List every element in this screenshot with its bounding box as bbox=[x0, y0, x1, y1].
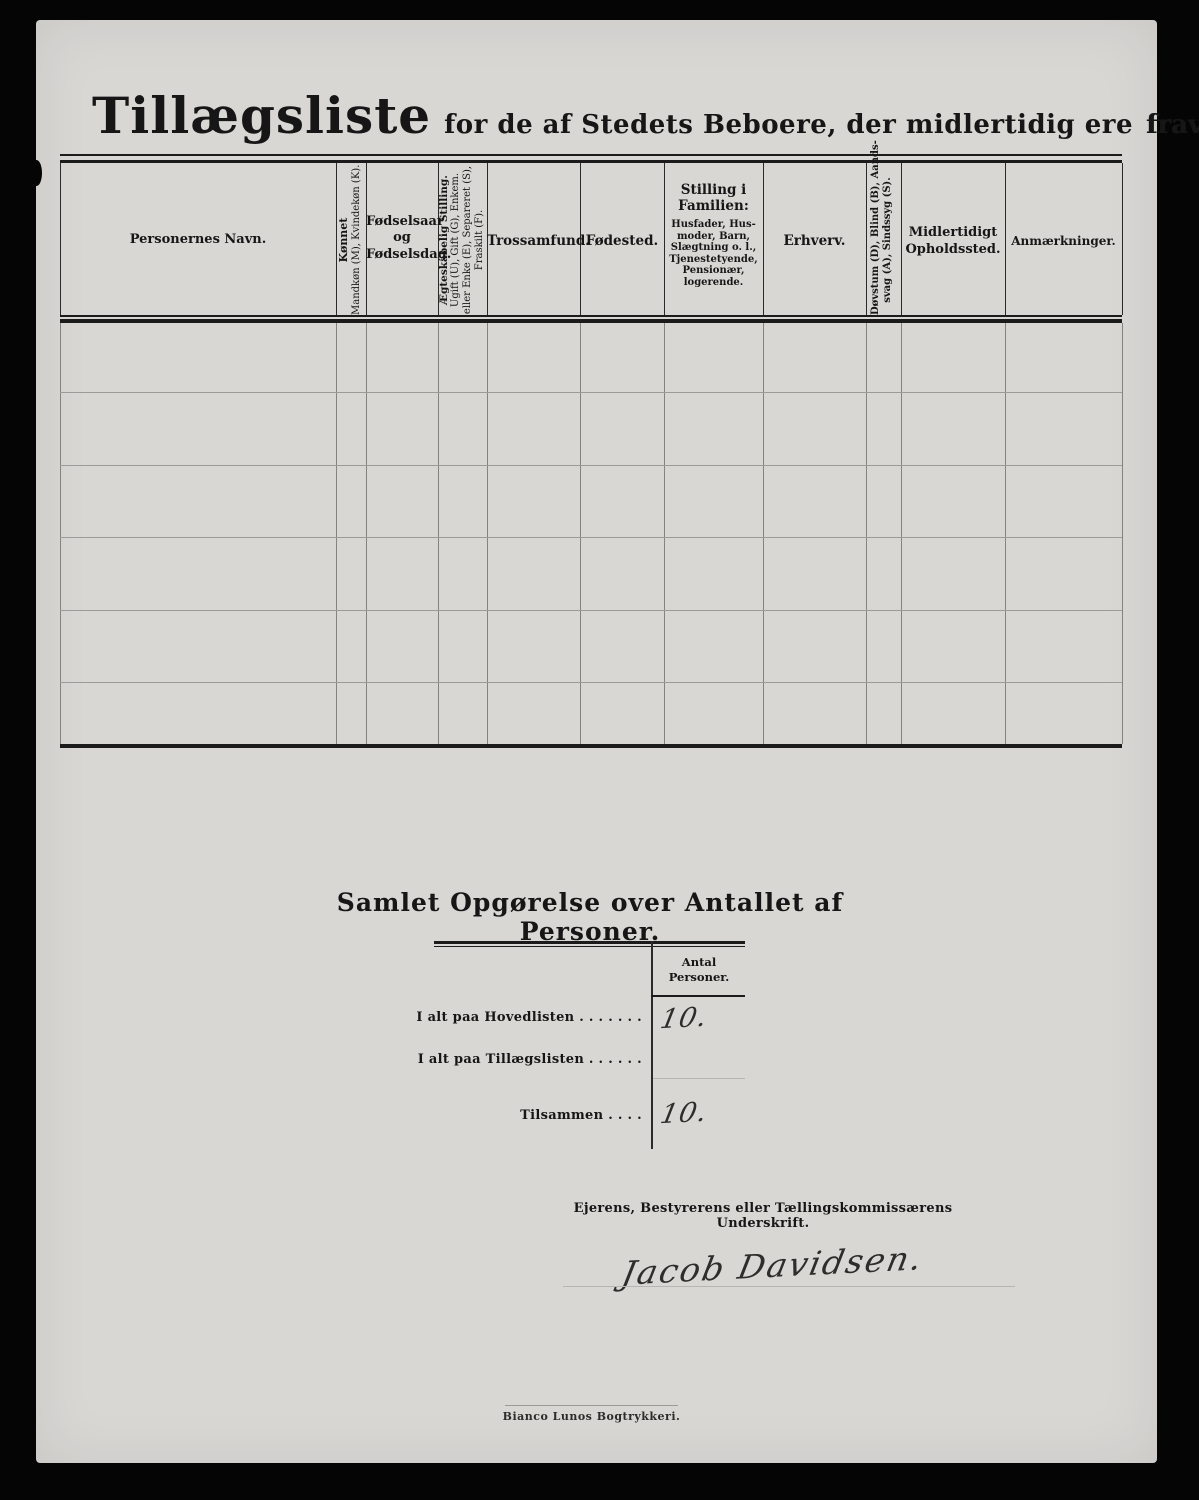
summary-top-rule-thick bbox=[434, 941, 745, 944]
summary-row-label-hovedlisten: I alt paa Hovedlisten . . . . . . . bbox=[304, 1010, 642, 1025]
table-top-rule-thick bbox=[60, 160, 1122, 163]
column-label: Døvstum (D), Blind (B), Aands- bbox=[870, 165, 882, 315]
scanned-census-form: { "title": { "main": "Tillægsliste", "su… bbox=[0, 0, 1199, 1500]
handwritten-signature: Jacob Davidsen. bbox=[618, 1238, 927, 1293]
column-label: Midlertidigt bbox=[901, 224, 1005, 241]
column-label: Slægtning o. l., bbox=[664, 242, 763, 254]
printer-rule bbox=[505, 1405, 678, 1406]
binder-notch bbox=[31, 160, 42, 186]
column-label: logerende. bbox=[664, 277, 763, 289]
column-label: Ugift (U), Gift (G), Enkem. bbox=[450, 165, 462, 315]
summary-row-label-tillaegslisten: I alt paa Tillægslisten . . . . . . bbox=[304, 1052, 642, 1067]
column-label: Ægteskabelig Stilling. bbox=[438, 165, 450, 315]
summary-blank-value-line bbox=[653, 1078, 745, 1079]
column-label: Kønnet bbox=[337, 165, 350, 315]
header-bottom-rule-thick bbox=[60, 319, 1122, 323]
header-cell-anmaerkninger: Anmærkninger. bbox=[1005, 234, 1122, 249]
column-label: og bbox=[366, 230, 438, 246]
printer-imprint: Bianco Lunos Bogtrykkeri. bbox=[495, 1410, 688, 1423]
column-divider bbox=[580, 323, 581, 744]
table-top-rule-thin bbox=[60, 154, 1122, 156]
page-title-main: Tillægsliste bbox=[92, 86, 431, 145]
page-title-subtitle: for de af Stedets Beboere, der midlertid… bbox=[444, 110, 1133, 140]
table-row-line bbox=[60, 537, 1122, 538]
page-title-subtitle-emphasis: fraværende. bbox=[1146, 110, 1199, 140]
handwritten-value-hovedlisten: 10. bbox=[658, 1002, 711, 1035]
header-cell-dovstum: Døvstum (D), Blind (B), Aands- svag (A),… bbox=[870, 165, 896, 315]
column-label: Trossamfund. bbox=[487, 233, 590, 249]
table-row-line bbox=[60, 610, 1122, 611]
column-label: Fraskilt (F). bbox=[474, 165, 486, 315]
column-divider bbox=[1005, 323, 1006, 744]
form-page: Tillægsliste for de af Stedets Beboere, … bbox=[36, 20, 1157, 1463]
summary-row-label-tilsammen: Tilsammen . . . . bbox=[304, 1108, 642, 1123]
column-divider bbox=[901, 323, 902, 744]
signature-line bbox=[563, 1286, 1015, 1287]
column-label: Opholdssted. bbox=[901, 241, 1005, 258]
header-cell-konnet: Kønnet Mandkøn (M), Kvindekøn (K). bbox=[337, 165, 365, 315]
column-divider bbox=[866, 163, 867, 315]
table-row-line bbox=[60, 465, 1122, 466]
table-row-line bbox=[60, 682, 1122, 683]
column-divider bbox=[1122, 163, 1123, 315]
summary-top-rule-thin bbox=[434, 946, 745, 947]
column-label: Tjenestetyende, bbox=[664, 254, 763, 266]
column-label: svag (A), Sindssyg (S). bbox=[882, 165, 894, 315]
table-row-line bbox=[60, 392, 1122, 393]
table-bottom-rule bbox=[60, 744, 1122, 748]
column-divider bbox=[438, 323, 439, 744]
column-label: Anmærkninger. bbox=[1011, 234, 1116, 248]
header-cell-aegteskabelig-stilling: Ægteskabelig Stilling. Ugift (U), Gift (… bbox=[438, 165, 486, 315]
summary-title: Samlet Opgørelse over Antallet af Person… bbox=[304, 888, 876, 946]
handwritten-value-tilsammen: 10. bbox=[658, 1097, 711, 1130]
column-label: Familien: bbox=[664, 198, 763, 214]
summary-col-header-line: Personer. bbox=[653, 970, 745, 985]
signature-label: Ejerens, Bestyrerens eller Tællingskommi… bbox=[543, 1201, 983, 1231]
column-divider bbox=[487, 323, 488, 744]
column-divider bbox=[366, 323, 367, 744]
header-cell-personernes-navn: Personernes Navn. bbox=[60, 232, 336, 248]
column-label: Fødselsaar bbox=[366, 214, 438, 230]
summary-col-header: Antal Personer. bbox=[653, 955, 745, 985]
summary-col-header-line: Antal bbox=[653, 955, 745, 970]
column-label: Fødested. bbox=[586, 233, 658, 249]
column-divider bbox=[60, 323, 61, 744]
column-label: Erhverv. bbox=[784, 233, 846, 249]
column-label: Stilling i bbox=[664, 182, 763, 198]
header-cell-midlertidigt-opholdssted: Midlertidigt Opholdssted. bbox=[901, 224, 1005, 258]
column-divider bbox=[763, 323, 764, 744]
header-cell-trossamfund: Trossamfund. bbox=[487, 233, 580, 250]
column-divider bbox=[336, 323, 337, 744]
page-title: Tillægsliste for de af Stedets Beboere, … bbox=[92, 86, 1199, 145]
column-label: Mandkøn (M), Kvindekøn (K). bbox=[350, 165, 363, 315]
column-divider bbox=[664, 323, 665, 744]
header-cell-fodested: Fødested. bbox=[580, 233, 664, 250]
column-label: eller Enke (E), Separeret (S), bbox=[462, 165, 474, 315]
column-label: Pensionær, bbox=[664, 265, 763, 277]
column-label: Husfader, Hus- bbox=[664, 219, 763, 231]
header-cell-stilling-i-familien: Stilling i Familien: Husfader, Hus- mode… bbox=[664, 182, 763, 288]
summary-header-rule bbox=[651, 995, 745, 997]
header-cell-fodselsaar: Fødselsaar og Fødselsdag. bbox=[366, 214, 438, 263]
column-label: Personernes Navn. bbox=[130, 232, 267, 247]
column-label: moder, Barn, bbox=[664, 231, 763, 243]
column-label: Fødselsdag. bbox=[366, 247, 438, 263]
column-divider bbox=[1122, 323, 1123, 744]
header-cell-erhverv: Erhverv. bbox=[763, 233, 866, 250]
header-bottom-rule-thin bbox=[60, 315, 1122, 317]
column-divider bbox=[866, 323, 867, 744]
